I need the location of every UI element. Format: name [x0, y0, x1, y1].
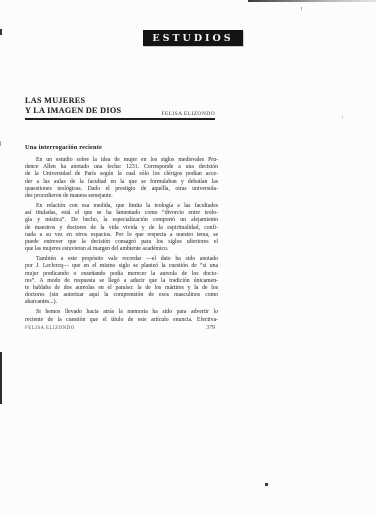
section-heading: Una interrogación reciente: [25, 144, 102, 151]
scan-artifact: [248, 0, 376, 2]
title-rule: [25, 118, 215, 120]
scan-artifact: [0, 29, 2, 35]
scan-artifact: [301, 7, 302, 10]
text-line: Si hemos llevado hacia atrás la memoria …: [25, 309, 218, 316]
text-line: reciente de la cuestión que el título de…: [25, 317, 218, 324]
running-header-author: FELISA ELIZONDO: [25, 326, 75, 331]
section-banner: ESTUDIOS: [143, 30, 243, 46]
scan-artifact: [0, 352, 2, 404]
paragraph: Si hemos llevado hacia atrás la memoria …: [25, 309, 218, 323]
paragraph: En relación con esa medida, que limita l…: [25, 203, 218, 253]
paragraph: En un estudio sobre la idea de mujer en …: [25, 157, 218, 200]
scanned-article-page: { "article": { "banner": { "label": "EST…: [0, 0, 376, 516]
text-line: nada a su vez en otros espacios. Por lo …: [25, 232, 218, 239]
text-line: der a las aulas de la facultad en la que…: [25, 179, 218, 186]
paragraph: También a este propósito vale recordar —…: [25, 256, 218, 306]
text-line: des procedieron de manera semejante.: [25, 193, 218, 200]
scan-artifact: [0, 141, 1, 146]
text-line: abarcantes...).: [25, 299, 218, 306]
section-banner-label: ESTUDIOS: [152, 33, 233, 44]
text-line: que las mujeres estuvieran al margen del…: [25, 246, 218, 253]
article-author: FELISA ELIZONDO: [161, 111, 215, 117]
text-line: gía y mística”. De hecho, la especializa…: [25, 217, 218, 224]
text-line: por J. Leclercq— que en el mismo siglo s…: [25, 263, 218, 270]
article-title-line-1: LAS MUJERES: [25, 96, 215, 106]
page-number: 379: [206, 325, 215, 331]
article-body: En un estudio sobre la idea de mujer en …: [25, 157, 218, 327]
text-line: mujer predicando o enseñando podía merec…: [25, 271, 218, 278]
scan-artifact: [265, 483, 268, 486]
title-block: LAS MUJERES Y LA IMAGEN DE DIOS FELISA E…: [25, 96, 215, 117]
text-line: de maestros y doctores de la vida vivida…: [25, 225, 218, 232]
text-line: res”. A modo de respuesta se llegó a adu…: [25, 278, 218, 285]
page-footer: FELISA ELIZONDO 379: [25, 325, 215, 331]
scan-artifact: [342, 116, 343, 118]
text-line: quaestiones teológicas. Dado el prestigi…: [25, 186, 218, 193]
text-line: de la Universidad de París según la cual…: [25, 171, 218, 178]
